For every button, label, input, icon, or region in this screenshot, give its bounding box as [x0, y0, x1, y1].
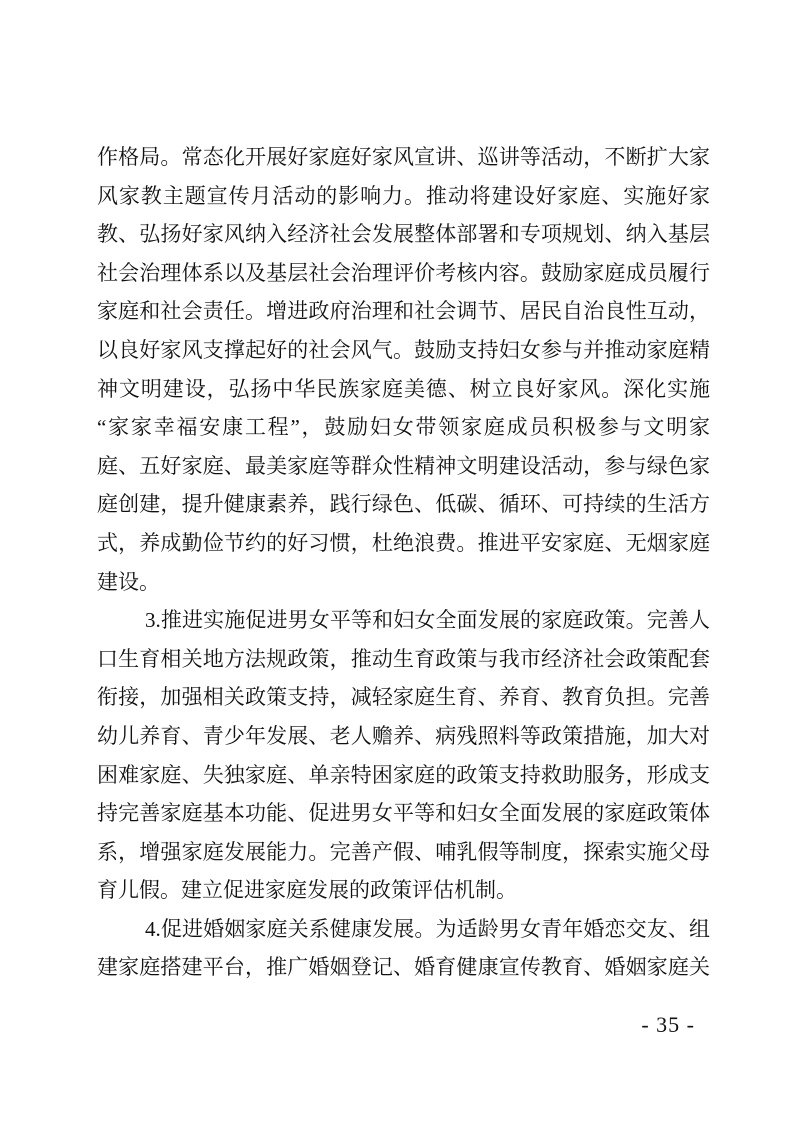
text-line: 庭创建，提升健康素养，践行绿色、低碳、循环、可持续的生活方: [97, 485, 710, 524]
paragraph-continuation: 作格局。常态化开展好家庭好家风宣讲、巡讲等活动，不断扩大家 风家教主题宣传月活动…: [97, 138, 710, 601]
document-body: 作格局。常态化开展好家庭好家风宣讲、巡讲等活动，不断扩大家 风家教主题宣传月活动…: [97, 138, 710, 987]
page-number: - 35 -: [641, 1012, 695, 1037]
text-line: 式，养成勤俭节约的好习惯，杜绝浪费。推进平安家庭、无烟家庭: [97, 524, 710, 563]
paragraph-item-3: 3.推进实施促进男女平等和妇女全面发展的家庭政策。完善人 口生育相关地方法规政策…: [97, 601, 710, 910]
text-line: 持完善家庭基本功能、促进男女平等和妇女全面发展的家庭政策体: [97, 794, 710, 833]
paragraph-item-4: 4.促进婚姻家庭关系健康发展。为适龄男女青年婚恋交友、组 建家庭搭建平台，推广婚…: [97, 910, 710, 987]
text-line: 建设。: [97, 563, 710, 602]
text-line: “家家幸福安康工程”，鼓励妇女带领家庭成员积极参与文明家: [97, 408, 710, 447]
text-line: 困难家庭、失独家庭、单亲特困家庭的政策支持救助服务，形成支: [97, 756, 710, 795]
text-line: 4.促进婚姻家庭关系健康发展。为适龄男女青年婚恋交友、组: [97, 910, 710, 949]
text-line: 庭、五好家庭、最美家庭等群众性精神文明建设活动，参与绿色家: [97, 447, 710, 486]
text-line: 幼儿养育、青少年发展、老人赡养、病残照料等政策措施，加大对: [97, 717, 710, 756]
text-line: 3.推进实施促进男女平等和妇女全面发展的家庭政策。完善人: [97, 601, 710, 640]
text-line: 风家教主题宣传月活动的影响力。推动将建设好家庭、实施好家: [97, 177, 710, 216]
text-line: 神文明建设，弘扬中华民族家庭美德、树立良好家风。深化实施: [97, 370, 710, 409]
text-line: 社会治理体系以及基层社会治理评价考核内容。鼓励家庭成员履行: [97, 254, 710, 293]
text-line: 育儿假。建立促进家庭发展的政策评估机制。: [97, 871, 710, 910]
text-line: 建家庭搭建平台，推广婚姻登记、婚育健康宣传教育、婚姻家庭关: [97, 948, 710, 987]
text-line: 系，增强家庭发展能力。完善产假、哺乳假等制度，探索实施父母: [97, 833, 710, 872]
document-page: 作格局。常态化开展好家庭好家风宣讲、巡讲等活动，不断扩大家 风家教主题宣传月活动…: [0, 0, 794, 1122]
text-line: 教、弘扬好家风纳入经济社会发展整体部署和专项规划、纳入基层: [97, 215, 710, 254]
text-line: 衔接，加强相关政策支持，减轻家庭生育、养育、教育负担。完善: [97, 678, 710, 717]
text-line: 口生育相关地方法规政策，推动生育政策与我市经济社会政策配套: [97, 640, 710, 679]
text-line: 作格局。常态化开展好家庭好家风宣讲、巡讲等活动，不断扩大家: [97, 138, 710, 177]
text-line: 家庭和社会责任。增进政府治理和社会调节、居民自治良性互动，: [97, 292, 710, 331]
text-line: 以良好家风支撑起好的社会风气。鼓励支持妇女参与并推动家庭精: [97, 331, 710, 370]
